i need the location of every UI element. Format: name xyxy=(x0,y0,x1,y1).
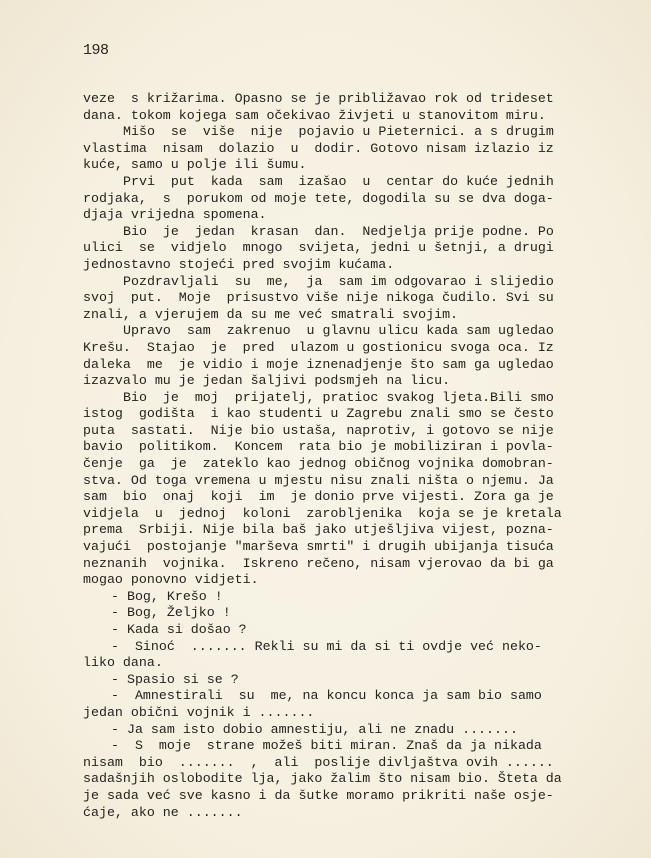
text-line: Mišo se više nije pojavio u Pieternici. … xyxy=(83,124,571,141)
text-line: neznanih vojnika. Iskreno rečeno, nisam … xyxy=(83,556,571,573)
text-line: Prvi put kada sam izašao u centar do kuć… xyxy=(83,174,571,191)
text-line: znali, a vjerujem da su me već smatrali … xyxy=(83,307,571,324)
text-line: dana. tokom kojega sam očekivao živjeti … xyxy=(83,108,571,125)
text-line: kuće, samo u polje ili šumu. xyxy=(83,157,571,174)
text-line: izazvalo mu je jedan šaljivi podsmjeh na… xyxy=(83,373,571,390)
text-line: nisam bio ....... , ali poslije divljašt… xyxy=(83,755,571,772)
text-line: - Bog, Željko ! xyxy=(83,605,571,622)
text-line: stva. Od toga vremena u mjestu nisu znal… xyxy=(83,473,571,490)
text-line: Upravo sam zakrenuo u glavnu ulicu kada … xyxy=(83,323,571,340)
text-line: - Kada si došao ? xyxy=(83,622,571,639)
text-line: - Spasio si se ? xyxy=(83,672,571,689)
text-line: je sada već sve kasno i da šutke moramo … xyxy=(83,788,571,805)
body-text: veze s križarima. Opasno se je približav… xyxy=(83,91,571,821)
text-line: bavio politikom. Koncem rata bio je mobi… xyxy=(83,439,571,456)
book-page: 198 veze s križarima. Opasno se je pribl… xyxy=(0,0,651,858)
text-line: prema Srbiji. Nije bila baš jako utješlj… xyxy=(83,522,571,539)
text-line: puta sastati. Nije bio ustaša, naprotiv,… xyxy=(83,423,571,440)
text-line: - S moje strane možeš biti miran. Znaš d… xyxy=(83,738,571,755)
text-line: daleka me je vidio i moje iznenadjenje š… xyxy=(83,357,571,374)
text-line: sadašnjih oslobodite lja, jako žalim što… xyxy=(83,771,571,788)
text-line: rodjaka, s porukom od moje tete, dogodil… xyxy=(83,191,571,208)
text-line: vidjela u jednoj koloni zarobljenika koj… xyxy=(83,506,571,523)
text-line: ulici se vidjelo mnogo svijeta, jedni u … xyxy=(83,240,571,257)
text-line: Bio je jedan krasan dan. Nedjelja prije … xyxy=(83,224,571,241)
text-line: svoj put. Moje prisustvo više nije nikog… xyxy=(83,290,571,307)
text-line: jednostavno stojeći pred svojim kućama. xyxy=(83,257,571,274)
text-line: ćaje, ako ne ....... xyxy=(83,805,571,822)
text-line: sam bio onaj koji im je donio prve vijes… xyxy=(83,489,571,506)
text-line: istog godišta i kao studenti u Zagrebu z… xyxy=(83,406,571,423)
text-line: čenje ga je zateklo kao jednog običnog v… xyxy=(83,456,571,473)
text-line: Bio je moj prijatelj, pratioc svakog lje… xyxy=(83,390,571,407)
text-line: Pozdravljali su me, ja sam im odgovarao … xyxy=(83,274,571,291)
text-line: Krešu. Stajao je pred ulazom u gostionic… xyxy=(83,340,571,357)
text-line: liko dana. xyxy=(83,655,571,672)
text-line: - Sinoć ....... Rekli su mi da si ti ovd… xyxy=(83,639,571,656)
text-line: veze s križarima. Opasno se je približav… xyxy=(83,91,571,108)
text-line: vajući postojanje "marševa smrti" i drug… xyxy=(83,539,571,556)
text-line: mogao ponovno vidjeti. xyxy=(83,572,571,589)
text-line: vlastima nisam dolazio u dodir. Gotovo n… xyxy=(83,141,571,158)
page-number: 198 xyxy=(83,42,109,59)
text-line: - Bog, Krešo ! xyxy=(83,589,571,606)
text-line: djaja vrijedna spomena. xyxy=(83,207,571,224)
text-line: - Ja sam isto dobio amnestiju, ali ne zn… xyxy=(83,722,571,739)
text-line: - Amnestirali su me, na koncu konca ja s… xyxy=(83,688,571,705)
text-line: jedan obični vojnik i ....... xyxy=(83,705,571,722)
